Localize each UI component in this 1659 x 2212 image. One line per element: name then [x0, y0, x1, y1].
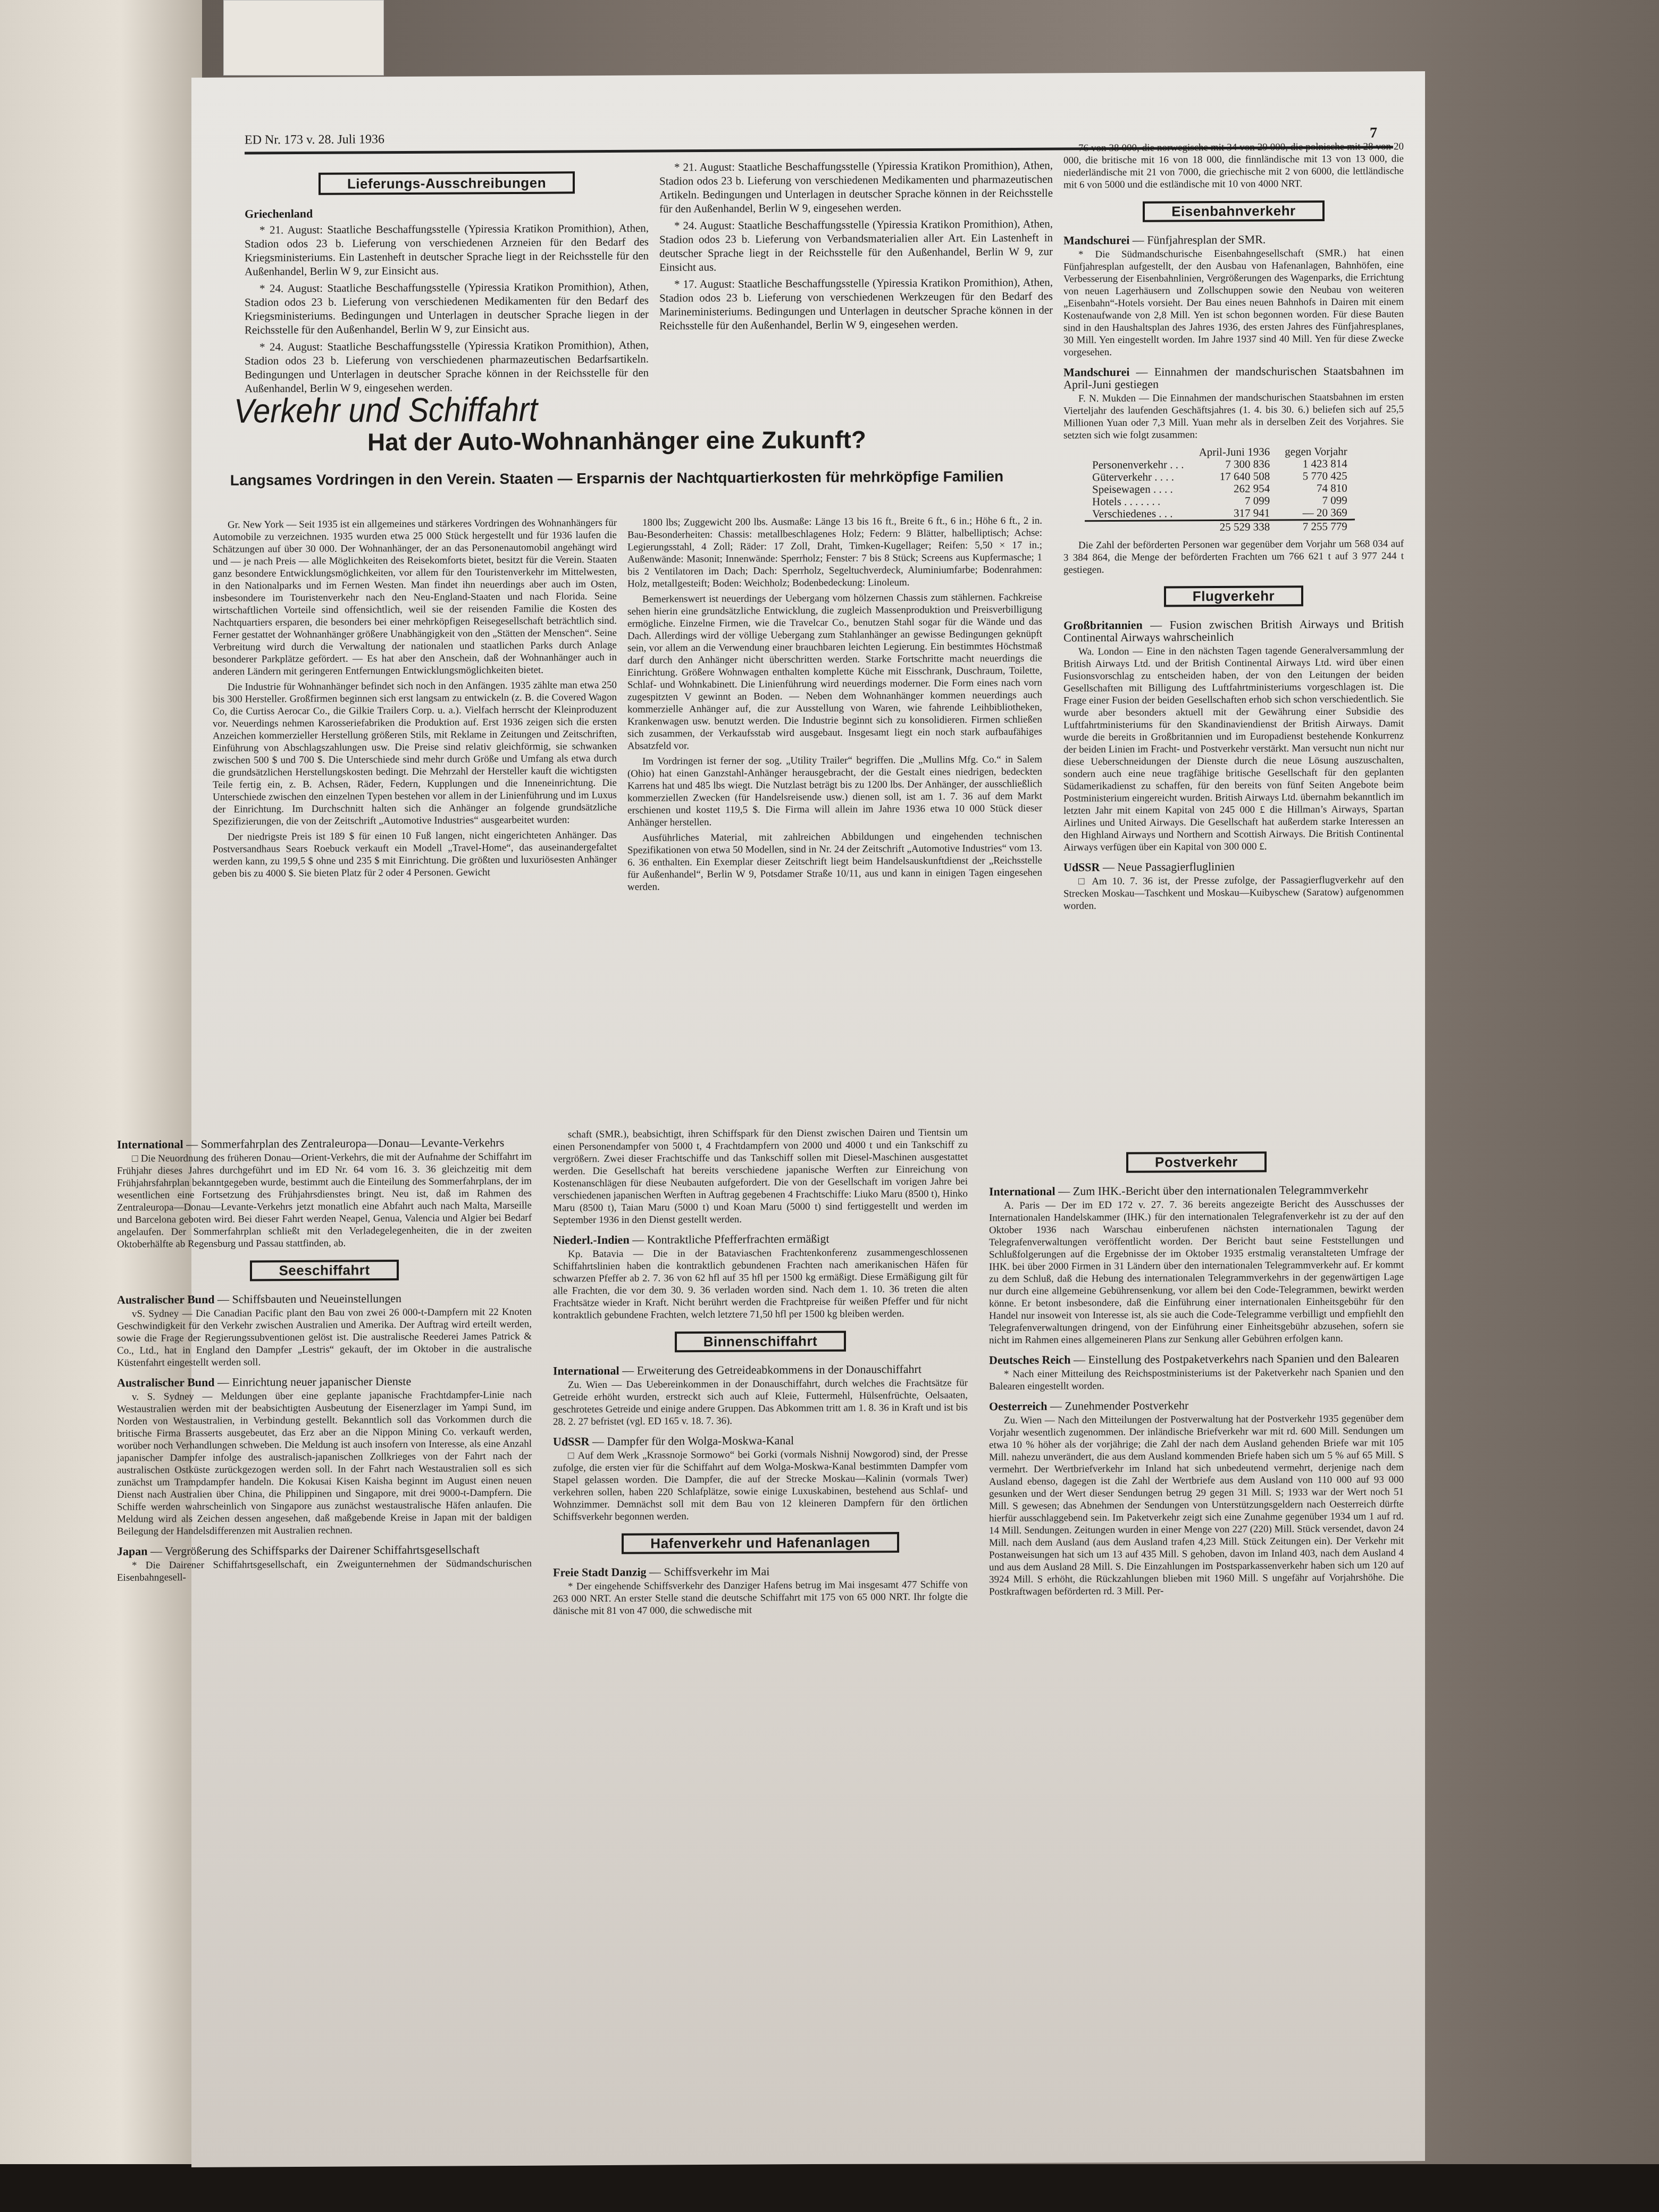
news-body: A. Paris — Der im ED 172 v. 27. 7. 36 be… — [989, 1197, 1404, 1346]
article-paragraph: Im Vordringen ist ferner der sog. „Utili… — [627, 753, 1042, 829]
news-heading: International — Zum IHK.-Bericht über de… — [989, 1183, 1404, 1197]
news-heading: UdSSR — Neue Passagierfluglinien — [1063, 859, 1404, 873]
article-paragraph: Gr. New York — Seit 1935 ist ein allgeme… — [213, 517, 617, 678]
article-paragraph: Bemerkenswert ist neuerdings der Ueberga… — [627, 591, 1042, 752]
news-body: □ Die Neuordnung des früheren Donau—Orie… — [117, 1151, 532, 1251]
news-heading: Großbritannien — Fusion zwischen British… — [1063, 617, 1404, 643]
news-body: * Die Südmandschurische Eisenbahngesells… — [1063, 247, 1404, 358]
news-heading: Mandschurei — Einnahmen der mandschurisc… — [1063, 364, 1404, 390]
table-row: Güterverkehr . . . .17 640 5085 770 425 — [1085, 470, 1355, 484]
article-subtitle: Langsames Vordringen in den Verein. Staa… — [191, 467, 1042, 490]
lower-middle-column: schaft (SMR.), beabsichtigt, ihren Schif… — [553, 1126, 968, 1620]
lieferungen-col-1: Lieferungs-Ausschreibungen Griechenland … — [245, 161, 649, 399]
news-heading: UdSSR — Dampfer für den Wolga-Moskwa-Kan… — [553, 1433, 968, 1447]
article-title: Hat der Auto-Wohnanhänger eine Zukunft? — [191, 424, 1042, 457]
section-title-binnenschiffahrt: Binnenschiffahrt — [675, 1331, 847, 1353]
news-body: Kp. Batavia — Die in der Bataviaschen Fr… — [553, 1246, 968, 1321]
section-title-hafenverkehr: Hafenverkehr und Hafenanlagen — [622, 1532, 899, 1554]
lower-right-column: Postverkehr International — Zum IHK.-Ber… — [989, 1140, 1404, 1601]
news-heading: Japan — Vergrößerung des Schiffsparks de… — [117, 1543, 532, 1557]
article-col-1: Gr. New York — Seit 1935 ist ein allgeme… — [213, 517, 617, 883]
article-paragraph: Der niedrigste Preis ist 189 $ für einen… — [213, 829, 617, 880]
news-body: v. S. Sydney — Meldungen über eine gepla… — [117, 1389, 532, 1538]
news-heading: Freie Stadt Danzig — Schiffsverkehr im M… — [553, 1564, 968, 1578]
article-paragraph: Die Industrie für Wohnanhänger befindet … — [213, 679, 617, 828]
table-row: Verschiedenes . . .317 941— 20 369 — [1085, 507, 1355, 521]
country-heading: Griechenland — [245, 205, 649, 221]
news-heading: Australischer Bund — Einrichtung neuer j… — [117, 1375, 532, 1389]
article-paragraph: Ausführliches Material, mit zahlreichen … — [627, 830, 1042, 893]
continuation-text: schaft (SMR.), beabsichtigt, ihren Schif… — [553, 1126, 968, 1226]
tender-item: * 21. August: Staatliche Beschaffungsste… — [245, 221, 649, 279]
lower-left-column: International — Sommerfahrplan des Zentr… — [117, 1129, 532, 1587]
tender-item: * 24. August: Staatliche Beschaffungsste… — [659, 217, 1053, 274]
section-kicker: Verkehr und Schiffahrt — [234, 390, 538, 431]
article-paragraph: 1800 lbs; Zuggewicht 200 lbs. Ausmaße: L… — [627, 515, 1042, 590]
news-heading: International — Sommerfahrplan des Zentr… — [117, 1136, 532, 1151]
news-body: F. N. Mukden — Die Einnahmen der mandsch… — [1063, 391, 1404, 441]
section-title-lieferungen: Lieferungs-Ausschreibungen — [319, 171, 575, 195]
news-heading: Deutsches Reich — Einstellung des Postpa… — [989, 1352, 1404, 1366]
news-heading: Mandschurei — Fünfjahresplan der SMR. — [1063, 232, 1404, 246]
tender-item: * 21. August: Staatliche Beschaffungsste… — [659, 158, 1053, 216]
news-body: Die Zahl der beförderten Personen war ge… — [1063, 538, 1404, 576]
news-heading: Niederl.-Indien — Kontraktliche Pfefferf… — [553, 1231, 968, 1246]
news-body: Wa. London — Eine in den nächsten Tagen … — [1063, 644, 1404, 853]
continuation-text: 76 von 38 000, die norwegische mit 34 vo… — [1063, 140, 1404, 191]
news-body: □ Auf dem Werk „Krassnoje Sormowo“ bei G… — [553, 1447, 968, 1523]
news-body: vS. Sydney — Die Canadian Pacific plant … — [117, 1306, 532, 1369]
news-body: Zu. Wien — Das Uebereinkommen in der Don… — [553, 1377, 968, 1428]
issue-label: ED Nr. 173 v. 28. Juli 1936 — [245, 132, 384, 147]
news-body: Zu. Wien — Nach den Mitteilungen der Pos… — [989, 1412, 1404, 1598]
page-number: 7 — [1370, 124, 1377, 141]
news-body: * Nach einer Mitteilung des Reichspostmi… — [989, 1366, 1404, 1393]
section-title-eisenbahn: Eisenbahnverkehr — [1143, 200, 1324, 222]
news-body: * Der eingehende Schiffsverkehr des Danz… — [553, 1578, 968, 1617]
news-body: □ Am 10. 7. 36 ist, der Presse zufolge, … — [1063, 874, 1404, 912]
newspaper-page: ED Nr. 173 v. 28. Juli 1936 7 Lieferungs… — [191, 71, 1425, 2167]
article-col-2: 1800 lbs; Zuggewicht 200 lbs. Ausmaße: L… — [627, 515, 1042, 896]
lieferungen-col-2: * 21. August: Staatliche Beschaffungsste… — [659, 158, 1053, 336]
tender-item: * 24. August: Staatliche Beschaffungsste… — [245, 338, 649, 396]
table-row: Speisewagen . . . .262 95474 810 — [1085, 482, 1355, 496]
tender-item: * 17. August: Staatliche Beschaffungsste… — [659, 275, 1053, 333]
news-heading: International — Erweiterung des Getreide… — [553, 1362, 968, 1377]
adjacent-page — [0, 0, 202, 2180]
section-title-seeschiffahrt: Seeschiffahrt — [250, 1260, 398, 1281]
news-heading: Australischer Bund — Schiffsbauten und N… — [117, 1292, 532, 1306]
tender-item: * 24. August: Staatliche Beschaffungsste… — [245, 280, 649, 337]
news-body: * Die Dairener Schiffahrtsgesellschaft, … — [117, 1557, 532, 1584]
paper-scrap — [223, 0, 384, 76]
shadow-edge — [0, 2164, 1659, 2212]
right-column-top: 76 von 38 000, die norwegische mit 34 vo… — [1063, 140, 1404, 915]
news-heading: Oesterreich — Zunehmender Postverkehr — [989, 1398, 1404, 1412]
section-title-flugverkehr: Flugverkehr — [1164, 585, 1303, 607]
section-title-postverkehr: Postverkehr — [1126, 1151, 1267, 1172]
revenue-table: April-Juni 1936gegen Vorjahr Personenver… — [1085, 446, 1355, 534]
